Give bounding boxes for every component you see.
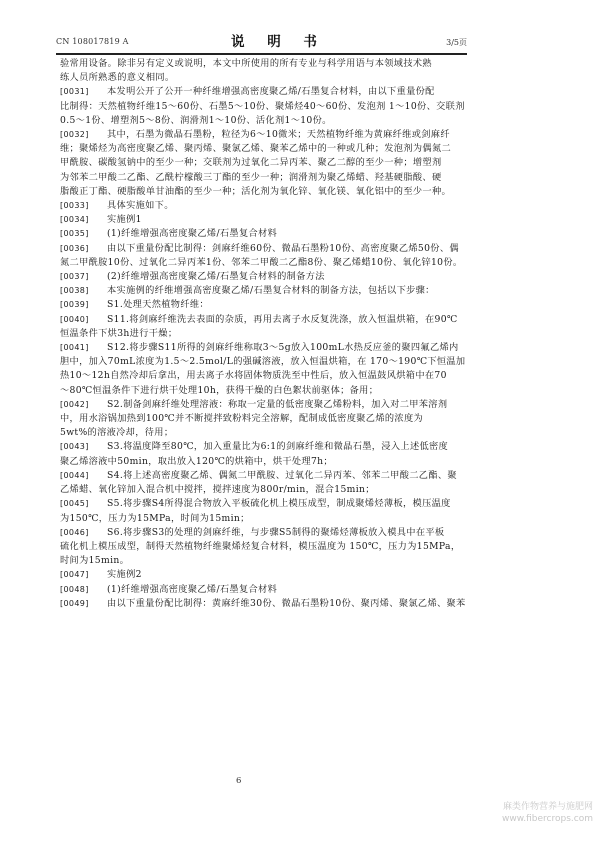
paragraph: [0035](1)纤维增强高密度聚乙烯/石墨复合材料	[60, 227, 480, 241]
watermark-url: www.fibercrops.com	[466, 813, 593, 825]
document-body: 验常用设备。除非另有定义或说明，本文中所使用的所有专业与科学用语与本领域技术熟 …	[60, 57, 480, 611]
paragraph-line: [0032]其中，石墨为微晶石墨粉，粒径为6～10微米；天然植物纤维为黄麻纤维或…	[60, 128, 480, 142]
paragraph-number: [0046]	[60, 526, 107, 540]
paragraph-text: 本发明公开了公开一种纤维增强高密度聚乙烯/石墨复合材料，由以下重量份配	[107, 86, 435, 97]
paragraph: [0039]S1.处理天然植物纤维：	[60, 298, 480, 312]
paragraph: [0049]由以下重量份配比制得：黄麻纤维30份、微晶石墨粉10份、聚丙烯、聚氯…	[60, 597, 480, 611]
watermark: 麻类作物营养与施肥网 www.fibercrops.com	[466, 801, 593, 825]
page-header: CN 108017819 A 说 明 书 3/5页	[56, 28, 467, 53]
paragraph-line: [0034]实施例1	[60, 213, 480, 227]
paragraph-text: S11.将剑麻纤维洗去表面的杂质，再用去离子水反复洗涤，放入恒温烘箱，在90℃	[107, 314, 458, 325]
paragraph-line: 0.5～1份、增塑剂5～8份、润滑剂1～10份、活化剂1～10份。	[60, 114, 480, 128]
paragraph-line: 胆中，加入70mL浓度为1.5～2.5mol/L的强碱溶液，放入恒温烘箱，在 1…	[60, 355, 480, 369]
paragraph-text: (2)纤维增强高密度聚乙烯/石墨复合材料的制备方法	[107, 271, 325, 282]
paragraph-text: 实施例2	[107, 569, 142, 580]
paragraph-line: 聚乙烯溶液中50min，取出放入120℃的烘箱中，烘干处理7h；	[60, 455, 480, 469]
paragraph-line: 乙烯蜡、氧化锌加入混合机中搅拌，搅拌速度为800r/min，混合15min；	[60, 483, 480, 497]
paragraph: [0047]实施例2	[60, 568, 480, 582]
paragraph-line: 比制得：天然植物纤维15～60份、石墨5～10份、聚烯烃40～60份、发泡剂 1…	[60, 100, 480, 114]
paragraph-line: 脂酸正丁酯、硬脂酸单甘油酯的至少一种；活化剂为氧化锌、氧化镁、氧化铝中的至少一种…	[60, 185, 480, 199]
paragraph: [0037](2)纤维增强高密度聚乙烯/石墨复合材料的制备方法	[60, 270, 480, 284]
paragraph-text: S3.将温度降至80℃，加入重量比为6:1的剑麻纤维和微晶石墨，浸入上述低密度	[107, 441, 448, 452]
watermark-site-name: 麻类作物营养与施肥网	[466, 801, 593, 813]
continuation-line: 验常用设备。除非另有定义或说明，本文中所使用的所有专业与科学用语与本领域技术熟	[60, 57, 480, 71]
paragraph-line: [0031]本发明公开了公开一种纤维增强高密度聚乙烯/石墨复合材料，由以下重量份…	[60, 85, 480, 99]
paragraph-number: [0038]	[60, 284, 107, 298]
paragraph-line: 为邻苯二甲酸二乙酯、乙酰柠檬酸三丁酯的至少一种；润滑剂为聚乙烯蜡、羟基硬脂酸、硬	[60, 171, 480, 185]
paragraph-text: S5.将步骤S4所得混合物放入平板硫化机上模压成型，制成聚烯烃薄板，模压温度	[107, 498, 451, 509]
paragraph-line: 热10～12h自然冷却后拿出，用去离子水将固体物质洗至中性后，放入恒温鼓风烘箱中…	[60, 369, 480, 383]
paragraph-number: [0043]	[60, 440, 107, 454]
paragraph: [0046]S6.将步骤S3的处理的剑麻纤维，与步骤S5制得的聚烯烃薄板放入模具…	[60, 526, 480, 569]
paragraph-line: [0043]S3.将温度降至80℃，加入重量比为6:1的剑麻纤维和微晶石墨，浸入…	[60, 440, 480, 454]
paragraph-text: (1)纤维增强高密度聚乙烯/石墨复合材料	[107, 228, 277, 239]
header-divider	[56, 53, 467, 55]
paragraph-line: [0041]S12.将步骤S11所得的剑麻纤维称取3～5g放入100mL水热反应…	[60, 341, 480, 355]
publication-number: CN 108017819 A	[56, 37, 129, 46]
paragraph-line: 中，用水浴锅加热到100℃并不断搅拌致粉料完全溶解，配制成低密度聚乙烯的浓度为	[60, 412, 480, 426]
paragraph-line: 5wt%的溶液冷却，待用；	[60, 426, 480, 440]
paragraph-line: [0037](2)纤维增强高密度聚乙烯/石墨复合材料的制备方法	[60, 270, 480, 284]
paragraph-line: [0035](1)纤维增强高密度聚乙烯/石墨复合材料	[60, 227, 480, 241]
paragraph-number: [0042]	[60, 398, 107, 412]
paragraph: [0044]S4.将上述高密度聚乙烯、偶氮二甲酰胺、过氧化二异丙苯、邻苯二甲酸二…	[60, 469, 480, 497]
paragraph-text: S4.将上述高密度聚乙烯、偶氮二甲酰胺、过氧化二异丙苯、邻苯二甲酸二乙酯、聚	[107, 470, 457, 481]
paragraph-text: 本实施例的纤维增强高密度聚乙烯/石墨复合材料的制备方法，包括以下步骤：	[107, 285, 435, 296]
paragraph: [0038]本实施例的纤维增强高密度聚乙烯/石墨复合材料的制备方法，包括以下步骤…	[60, 284, 480, 298]
paragraph-number: [0036]	[60, 242, 107, 256]
paragraph-number: [0034]	[60, 213, 107, 227]
paragraph-text: S2.制备剑麻纤维处理溶液：称取一定量的低密度聚乙烯粉料，加入对二甲苯溶剂	[107, 399, 447, 410]
paragraph-text: S6.将步骤S3的处理的剑麻纤维，与步骤S5制得的聚烯烃薄板放入模具中在平板	[107, 527, 444, 538]
paragraph-number: [0047]	[60, 568, 107, 582]
paragraph-number: [0035]	[60, 227, 107, 241]
paragraph-number: [0049]	[60, 597, 107, 611]
paragraph-line: 氮二甲酰胺10份、过氧化二异丙苯1份、邻苯二甲酸二乙酯8份、聚乙烯蜡10份、氧化…	[60, 256, 480, 270]
paragraph: [0034]实施例1	[60, 213, 480, 227]
paragraph-number: [0041]	[60, 341, 107, 355]
paragraph-line: [0044]S4.将上述高密度聚乙烯、偶氮二甲酰胺、过氧化二异丙苯、邻苯二甲酸二…	[60, 469, 480, 483]
paragraph-line: ～80℃恒温条件下进行烘干处理10h，获得干燥的白色絮状前驱体；备用；	[60, 384, 480, 398]
paragraph-text: (1)纤维增强高密度聚乙烯/石墨复合材料	[107, 584, 277, 595]
page-indicator: 3/5页	[446, 37, 467, 48]
paragraph-number: [0039]	[60, 298, 107, 312]
paragraph-line: [0045]S5.将步骤S4所得混合物放入平板硫化机上模压成型，制成聚烯烃薄板，…	[60, 497, 480, 511]
paragraph-line: [0038]本实施例的纤维增强高密度聚乙烯/石墨复合材料的制备方法，包括以下步骤…	[60, 284, 480, 298]
paragraph-number: [0031]	[60, 85, 107, 99]
page-number: 6	[236, 776, 241, 786]
paragraph-number: [0040]	[60, 313, 107, 327]
paragraph-text: 其中，石墨为微晶石墨粉，粒径为6～10微米；天然植物纤维为黄麻纤维或剑麻纤	[107, 129, 450, 140]
paragraph-text: S1.处理天然植物纤维：	[107, 299, 209, 310]
paragraph: [0043]S3.将温度降至80℃，加入重量比为6:1的剑麻纤维和微晶石墨，浸入…	[60, 440, 480, 468]
paragraph: [0042]S2.制备剑麻纤维处理溶液：称取一定量的低密度聚乙烯粉料，加入对二甲…	[60, 398, 480, 441]
paragraph-line: 恒温条件下烘3h进行干燥；	[60, 327, 480, 341]
paragraph-line: [0048](1)纤维增强高密度聚乙烯/石墨复合材料	[60, 583, 480, 597]
paragraph: [0048](1)纤维增强高密度聚乙烯/石墨复合材料	[60, 583, 480, 597]
paragraph-line: [0047]实施例2	[60, 568, 480, 582]
paragraph-line: 维；聚烯烃为高密度聚乙烯、聚丙烯、聚氯乙烯、聚苯乙烯中的一种或几种；发泡剂为偶氮…	[60, 142, 480, 156]
paragraph-line: [0042]S2.制备剑麻纤维处理溶液：称取一定量的低密度聚乙烯粉料，加入对二甲…	[60, 398, 480, 412]
paragraph-text: 由以下重量份配比制得：黄麻纤维30份、微晶石墨粉10份、聚丙烯、聚氯乙烯、聚苯	[107, 598, 466, 609]
paragraph-number: [0045]	[60, 497, 107, 511]
document-title: 说 明 书	[231, 30, 326, 50]
paragraph-line: [0040]S11.将剑麻纤维洗去表面的杂质，再用去离子水反复洗涤，放入恒温烘箱…	[60, 313, 480, 327]
paragraph-number: [0048]	[60, 583, 107, 597]
paragraph-line: 时间为15min。	[60, 554, 480, 568]
paragraph: [0031]本发明公开了公开一种纤维增强高密度聚乙烯/石墨复合材料，由以下重量份…	[60, 85, 480, 128]
paragraph-number: [0037]	[60, 270, 107, 284]
paragraph-number: [0033]	[60, 199, 107, 213]
paragraph-line: [0049]由以下重量份配比制得：黄麻纤维30份、微晶石墨粉10份、聚丙烯、聚氯…	[60, 597, 480, 611]
paragraph: [0032]其中，石墨为微晶石墨粉，粒径为6～10微米；天然植物纤维为黄麻纤维或…	[60, 128, 480, 199]
paragraph-text: 由以下重量份配比制得：剑麻纤维60份、微晶石墨粉10份、高密度聚乙烯50份、偶	[107, 243, 459, 254]
paragraph: [0045]S5.将步骤S4所得混合物放入平板硫化机上模压成型，制成聚烯烃薄板，…	[60, 497, 480, 525]
paragraph: [0033]具体实施如下。	[60, 199, 480, 213]
paragraph-line: [0046]S6.将步骤S3的处理的剑麻纤维，与步骤S5制得的聚烯烃薄板放入模具…	[60, 526, 480, 540]
continuation-line: 练人员所熟悉的意义相同。	[60, 71, 480, 85]
paragraph-line: [0033]具体实施如下。	[60, 199, 480, 213]
paragraph: [0041]S12.将步骤S11所得的剑麻纤维称取3～5g放入100mL水热反应…	[60, 341, 480, 398]
paragraph-line: 硫化机上模压成型，制得天然植物纤维聚烯烃复合材料，模压温度为 150℃，压力为1…	[60, 540, 480, 554]
paragraph-number: [0044]	[60, 469, 107, 483]
paragraph-number: [0032]	[60, 128, 107, 142]
paragraph-text: S12.将步骤S11所得的剑麻纤维称取3～5g放入100mL水热反应釜的聚四氟乙…	[107, 342, 459, 353]
paragraph-list: [0031]本发明公开了公开一种纤维增强高密度聚乙烯/石墨复合材料，由以下重量份…	[60, 85, 480, 611]
paragraph-line: [0039]S1.处理天然植物纤维：	[60, 298, 480, 312]
paragraph-line: 甲酰胺、碳酸氢钠中的至少一种；交联剂为过氧化二异丙苯、聚乙二醇的至少一种；增塑剂	[60, 156, 480, 170]
paragraph-line: 为150℃，压力为15MPa，时间为15min；	[60, 512, 480, 526]
paragraph-line: [0036]由以下重量份配比制得：剑麻纤维60份、微晶石墨粉10份、高密度聚乙烯…	[60, 242, 480, 256]
paragraph-text: 实施例1	[107, 214, 142, 225]
paragraph-text: 具体实施如下。	[107, 200, 174, 211]
paragraph: [0040]S11.将剑麻纤维洗去表面的杂质，再用去离子水反复洗涤，放入恒温烘箱…	[60, 313, 480, 341]
paragraph: [0036]由以下重量份配比制得：剑麻纤维60份、微晶石墨粉10份、高密度聚乙烯…	[60, 242, 480, 270]
